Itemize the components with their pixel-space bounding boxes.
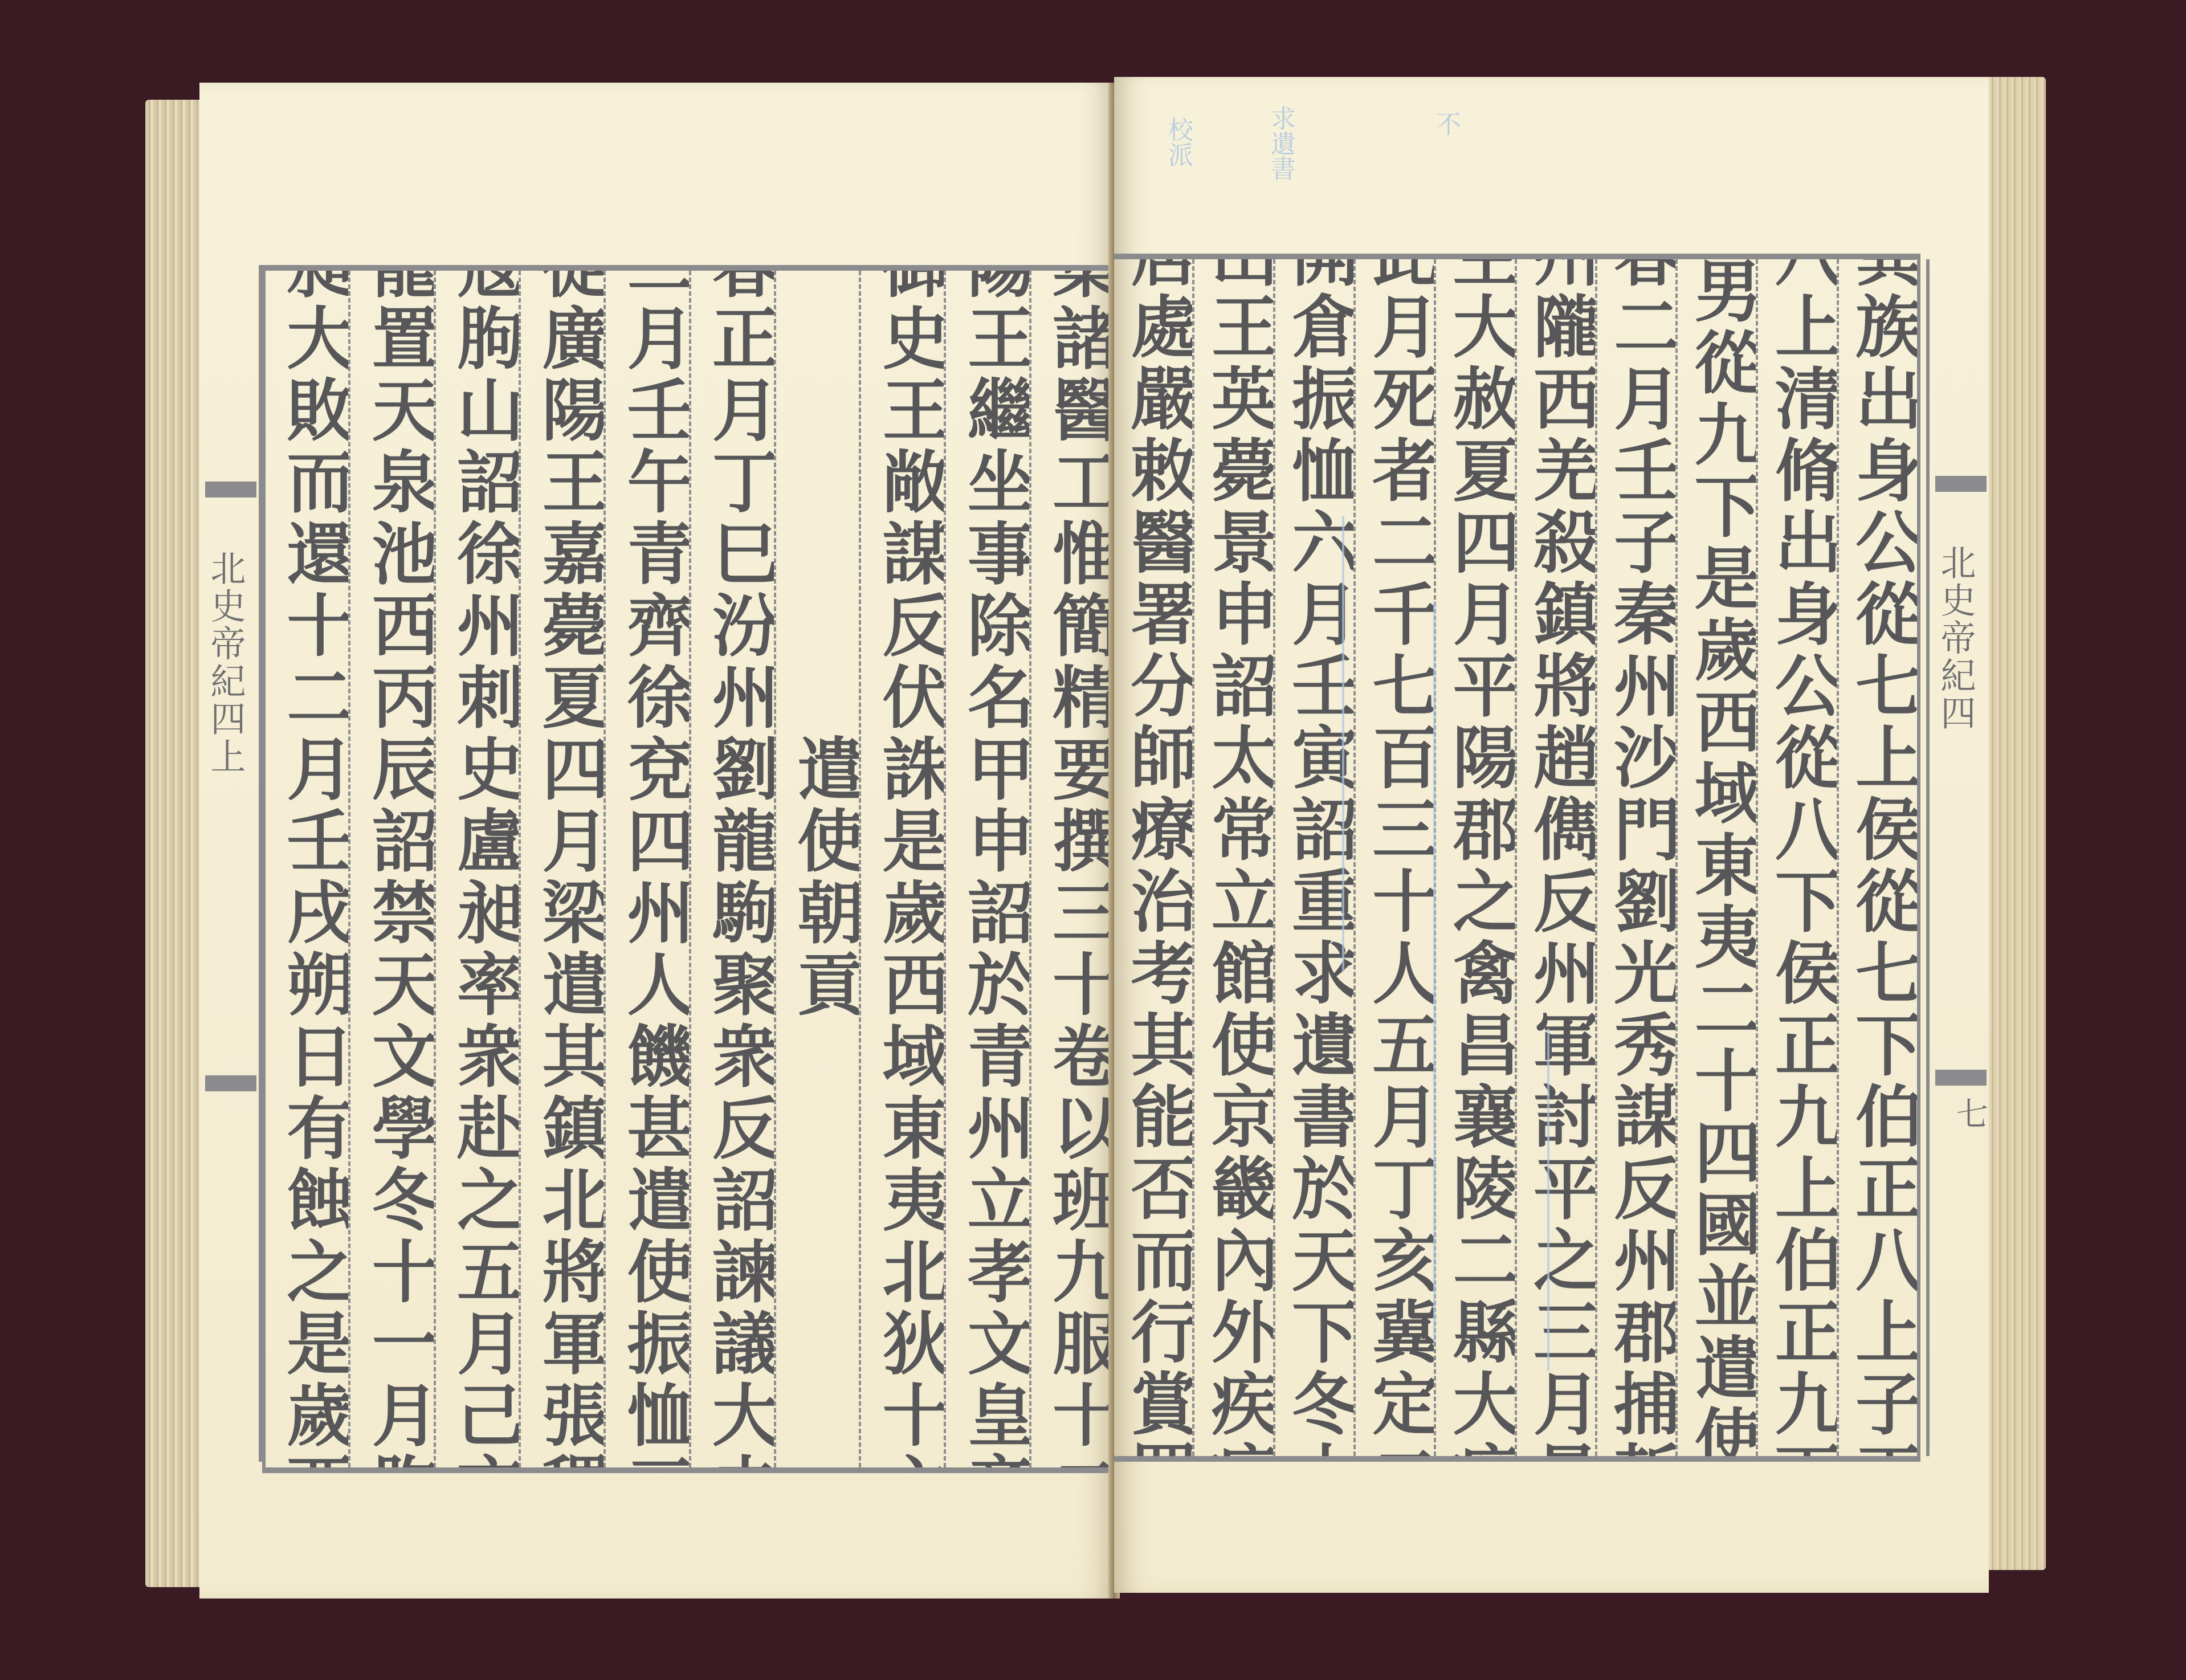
- text-column: 男從八上清脩出身公從八下侯正九上伯正九下子從: [1756, 259, 1836, 1456]
- text-column: 儉詔開倉振恤六月壬寅詔重求遺書於天下冬十月辛: [1273, 259, 1353, 1456]
- text-column: 月至此月死者二千七百三十人五月丁亥冀定二州旱: [1353, 259, 1434, 1456]
- margin-annotation: 不: [1428, 111, 1464, 136]
- text-column: 咸令居處嚴敕醫署分師療治考其能否而行賞罰又令: [1114, 259, 1192, 1456]
- text-column: 四年春正月丁巳汾州劉龍駒聚衆反詔諫議大夫薛和: [689, 271, 774, 1467]
- left-fold-title: 北史帝紀四上: [211, 550, 251, 776]
- open-book: 北史帝紀四上 有司集諸醫工惟簡精要撰三十卷以班九服十二月辛 巳江陽王繼坐事除名甲…: [145, 77, 2046, 1616]
- right-fold-title: 北史帝紀四: [1941, 544, 1981, 732]
- text-column: 七下異族出身公從七上侯從七下伯正八上子正八下: [1837, 259, 1917, 1456]
- fishtail-ornament-icon: [205, 482, 256, 521]
- margin-annotation: 校派: [1160, 117, 1196, 167]
- text-column: 京銅龍置天泉池西丙辰詔禁天文學冬十一月朐山城: [348, 271, 433, 1467]
- text-column: 有司集諸醫工惟簡精要撰三十卷以班九服十二月辛: [1029, 271, 1114, 1467]
- text-column: 戌司徒廣陽王嘉薨夏四月梁遣其鎮北將軍張稷及馬: [519, 271, 603, 1467]
- text-column: 卯中山王英薨景申詔太常立館使京畿內外疾病之徒: [1192, 259, 1273, 1456]
- page-edges-right: [1989, 77, 2046, 1570]
- text-column: 巳江陽王繼坐事除名甲申詔於青州立孝文皇帝廟癸: [944, 271, 1029, 1467]
- right-text-frame: 七下異族出身公從七上侯從七下伯正八上子正八下 男從八上清脩出身公從八下侯正九上伯…: [1114, 254, 1920, 1462]
- page-number: 七: [1947, 1097, 1992, 1129]
- text-column: 子詡生大赦夏四月平陽郡之禽昌襄陵二縣大疫自正: [1434, 259, 1514, 1456]
- fishtail-ornament-icon: [1935, 476, 1987, 516]
- fishtail-ornament-icon: [205, 1051, 256, 1091]
- text-column: 亥侍御史王敞謀反伏誅是歲西域東夷北狄十六國並: [859, 271, 944, 1467]
- reader-mark-line: [1433, 601, 1435, 1342]
- right-page: 校派 求遺書 不 七下異族出身公從七上侯從七下伯正八上子正八下 男從八上清脩出身…: [1114, 77, 1989, 1593]
- text-column: 遣使朝貢: [774, 271, 859, 1467]
- text-column: 仙琕寇朐山詔徐州刺史盧昶率衆赴之五月己亥遷代: [434, 271, 519, 1467]
- text-column: 討之二月壬午青齊徐兗四州人饑甚遣使振恤三月壬: [603, 271, 688, 1467]
- text-column: 三年春二月壬子秦州沙門劉光秀謀反州郡捕斬之癸: [1595, 259, 1675, 1456]
- text-column: 亥秦州隴西羌殺鎮將趙儁反州軍討平之三月景戌皇: [1515, 259, 1595, 1456]
- right-page-fold-column: 北史帝紀四 七: [1926, 259, 1989, 1456]
- reader-mark-line: [1547, 1029, 1549, 1371]
- page-edges-left: [145, 100, 199, 1587]
- margin-annotation: 求遺書: [1262, 105, 1299, 181]
- fishtail-ornament-icon: [1935, 1046, 1987, 1086]
- text-column: 陷盧昶大敗而還十二月壬戌朔日有蝕之是歲西域東: [266, 271, 348, 1467]
- reader-mark-line: [1342, 516, 1344, 972]
- text-column: 九上男從九下是歲西域東夷二十四國並遣使朝貢: [1675, 259, 1756, 1456]
- left-page-fold-column: 北史帝紀四上: [199, 265, 262, 1462]
- left-text-frame: 有司集諸醫工惟簡精要撰三十卷以班九服十二月辛 巳江陽王繼坐事除名甲申詔於青州立孝…: [262, 265, 1114, 1473]
- left-page: 北史帝紀四上 有司集諸醫工惟簡精要撰三十卷以班九服十二月辛 巳江陽王繼坐事除名甲…: [199, 83, 1114, 1599]
